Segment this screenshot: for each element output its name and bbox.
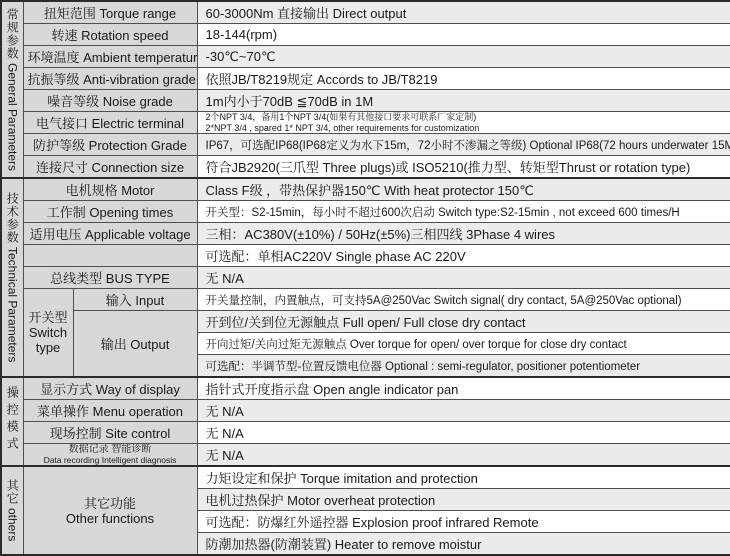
value-protection-grade: IP67，可选配IP68(IP68定义为水下15m，72小时不渗漏之等级) Op… — [197, 134, 730, 156]
value-site-control: 无 N/A — [197, 422, 730, 444]
category-label-zh: 技术参数 — [5, 192, 19, 244]
table-row: 数据记录 智能诊断 Data recording Intelligent dia… — [1, 444, 730, 467]
table-row: 菜单操作 Menu operation 无 N/A — [1, 400, 730, 422]
category-label-zh: 常规参数 — [5, 8, 19, 60]
value-anti-vibration-grade: 依照JB/T8219规定 Accords to JB/T8219 — [197, 68, 730, 90]
table-row: 环境温度 Ambient temperature -30℃~70℃ — [1, 46, 730, 68]
table-row: 工作制 Opening times 开关型：S2-15min，每小时不超过600… — [1, 201, 730, 223]
table-row: 噪音等级 Noise grade 1m内小于70dB ≦70dB in 1M — [1, 90, 730, 112]
label-output: 输出 Output — [73, 311, 197, 378]
value-motor: Class F级 ，带热保护器150℃ With heat protector … — [197, 178, 730, 201]
label-torque-range: 扭矩范围 Torque range — [23, 1, 197, 24]
label-applicable-voltage-empty — [23, 245, 197, 267]
category-label-en: others — [5, 508, 19, 541]
label-bus-type: 总线类型 BUS TYPE — [23, 267, 197, 289]
label-menu-operation: 菜单操作 Menu operation — [23, 400, 197, 422]
label-input: 输入 Input — [73, 289, 197, 311]
table-row: 适用电压 Applicable voltage 三相：AC380V(±10%) … — [1, 223, 730, 245]
label-anti-vibration-grade: 抗振等级 Anti-vibration grade — [23, 68, 197, 90]
spec-sheet: 常规参数General Parameters 扭矩范围 Torque range… — [0, 0, 730, 537]
label-applicable-voltage: 适用电压 Applicable voltage — [23, 223, 197, 245]
value-input: 开关量控制，内置触点，可支持5A@250Vac Switch signal( d… — [197, 289, 730, 311]
value-output-1: 开到位/关到位无源触点 Full open/ Full close dry co… — [197, 311, 730, 333]
value-output-2: 开向过矩/关向过矩无源触点 Over torque for open/ over… — [197, 333, 730, 355]
value-connection-size: 符合JB2920(三爪型 Three plugs)或 ISO5210(推力型、转… — [197, 156, 730, 179]
category-others: 其它others — [1, 466, 23, 555]
label-motor: 电机规格 Motor — [23, 178, 197, 201]
value-way-of-display: 指针式开度指示盘 Open angle indicator pan — [197, 377, 730, 400]
label-data-recording-line2: Data recording Intelligent diagnosis — [28, 455, 193, 465]
table-row: 开关型 Switch type 输入 Input 开关量控制，内置触点，可支持5… — [1, 289, 730, 311]
specification-table: 常规参数General Parameters 扭矩范围 Torque range… — [0, 0, 730, 556]
table-row: 其它others 其它功能 Other functions 力矩设定和保护 To… — [1, 466, 730, 489]
category-operation-mode: 操控模式 — [1, 377, 23, 466]
table-row: 电气接口 Electric terminal 2个NPT 3/4，备用1个NPT… — [1, 112, 730, 134]
label-rotation-speed: 转速 Rotation speed — [23, 24, 197, 46]
category-label-zh: 其它 — [5, 479, 19, 505]
other-functions-line1: 其它功能 — [28, 496, 193, 511]
label-protection-grade: 防护等级 Protection Grade — [23, 134, 197, 156]
other-functions-line2: Other functions — [28, 511, 193, 526]
value-opening-times: 开关型：S2-15min，每小时不超过600次启动 Switch type:S2… — [197, 201, 730, 223]
value-ambient-temperature: -30℃~70℃ — [197, 46, 730, 68]
value-applicable-voltage-3phase: 三相：AC380V(±10%) / 50Hz(±5%)三相四线 3Phase 4… — [197, 223, 730, 245]
value-electric-terminal-line2: 2*NPT 3/4 , spared 1* NPT 3/4, other req… — [206, 123, 727, 134]
label-data-recording: 数据记录 智能诊断 Data recording Intelligent dia… — [23, 444, 197, 467]
value-bus-type: 无 N/A — [197, 267, 730, 289]
table-row: 现场控制 Site control 无 N/A — [1, 422, 730, 444]
category-general-parameters: 常规参数General Parameters — [1, 1, 23, 178]
value-infrared-remote: 可选配：防爆红外遥控器 Explosion proof infrared Rem… — [197, 511, 730, 533]
label-ambient-temperature: 环境温度 Ambient temperature — [23, 46, 197, 68]
table-row: 常规参数General Parameters 扭矩范围 Torque range… — [1, 1, 730, 24]
category-label-en: Technical Parameters — [5, 247, 19, 362]
table-row: 防护等级 Protection Grade IP67，可选配IP68(IP68定… — [1, 134, 730, 156]
label-connection-size: 连接尺寸 Connection size — [23, 156, 197, 179]
label-other-functions: 其它功能 Other functions — [23, 466, 197, 555]
value-motor-overheat: 电机过热保护 Motor overheat protection — [197, 489, 730, 511]
value-heater: 防潮加热器(防潮装置) Heater to remove moistur — [197, 533, 730, 556]
table-row: 总线类型 BUS TYPE 无 N/A — [1, 267, 730, 289]
value-electric-terminal-line1: 2个NPT 3/4，备用1个NPT 3/4(如果有其他接口要求可联系厂家定制) — [206, 112, 727, 123]
category-label-zh: 操控模式 — [5, 386, 19, 454]
category-technical-parameters: 技术参数Technical Parameters — [1, 178, 23, 377]
value-applicable-voltage-optional: 可选配：单相AC220V Single phase AC 220V — [197, 245, 730, 267]
value-torque-protection: 力矩设定和保护 Torque imitation and protection — [197, 466, 730, 489]
table-row: 转速 Rotation speed 18-144(rpm) — [1, 24, 730, 46]
value-electric-terminal: 2个NPT 3/4，备用1个NPT 3/4(如果有其他接口要求可联系厂家定制) … — [197, 112, 730, 134]
switch-type-line2: Switch — [28, 325, 69, 340]
label-site-control: 现场控制 Site control — [23, 422, 197, 444]
label-switch-type: 开关型 Switch type — [23, 289, 73, 378]
value-noise-grade: 1m内小于70dB ≦70dB in 1M — [197, 90, 730, 112]
value-data-recording: 无 N/A — [197, 444, 730, 467]
label-electric-terminal: 电气接口 Electric terminal — [23, 112, 197, 134]
table-row: 输出 Output 开到位/关到位无源触点 Full open/ Full cl… — [1, 311, 730, 333]
table-row: 可选配：单相AC220V Single phase AC 220V — [1, 245, 730, 267]
table-row: 连接尺寸 Connection size 符合JB2920(三爪型 Three … — [1, 156, 730, 179]
category-label-en: General Parameters — [5, 63, 19, 171]
label-noise-grade: 噪音等级 Noise grade — [23, 90, 197, 112]
value-menu-operation: 无 N/A — [197, 400, 730, 422]
label-opening-times: 工作制 Opening times — [23, 201, 197, 223]
value-rotation-speed: 18-144(rpm) — [197, 24, 730, 46]
value-torque-range: 60-3000Nm 直接输出 Direct output — [197, 1, 730, 24]
switch-type-line1: 开关型 — [28, 310, 69, 325]
table-row: 操控模式 显示方式 Way of display 指针式开度指示盘 Open a… — [1, 377, 730, 400]
label-way-of-display: 显示方式 Way of display — [23, 377, 197, 400]
value-output-3: 可选配：半调节型-位置反馈电位器 Optional : semi-regulat… — [197, 355, 730, 378]
table-row: 抗振等级 Anti-vibration grade 依照JB/T8219规定 A… — [1, 68, 730, 90]
switch-type-line3: type — [28, 340, 69, 355]
table-row: 技术参数Technical Parameters 电机规格 Motor Clas… — [1, 178, 730, 201]
label-data-recording-line1: 数据记录 智能诊断 — [28, 444, 193, 455]
